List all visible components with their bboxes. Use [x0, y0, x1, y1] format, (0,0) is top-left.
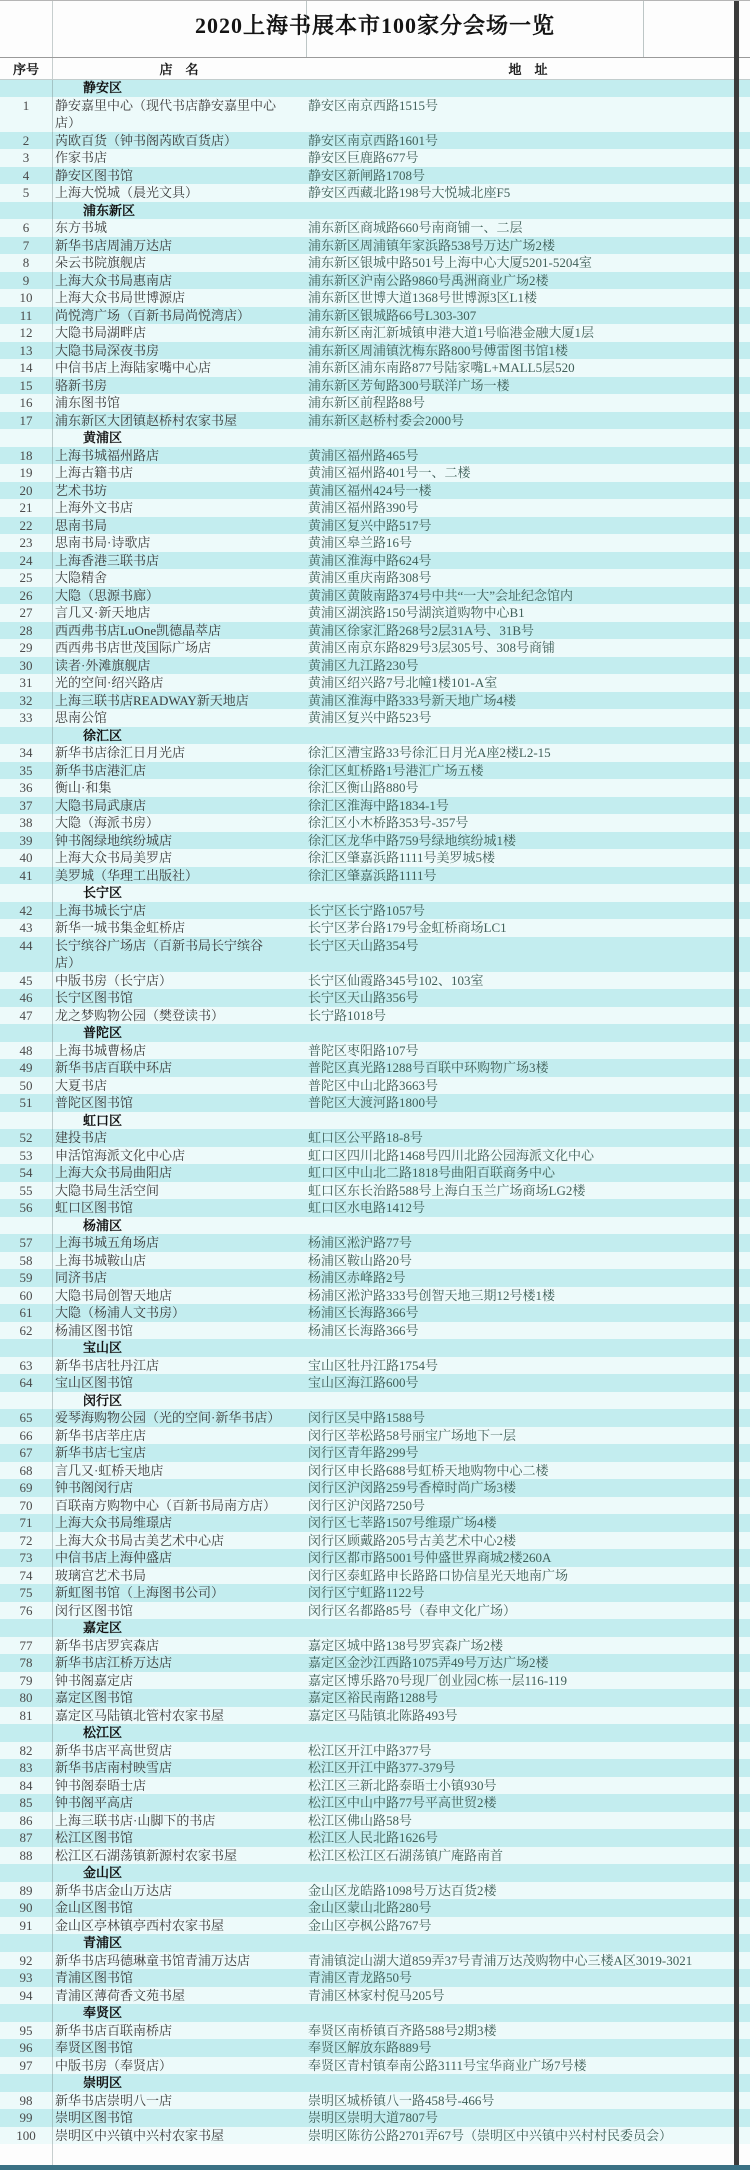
store-name: 上海三联书店READWAY新天地店: [52, 692, 277, 710]
store-name: 大隐书局湖畔店: [52, 324, 277, 342]
row-number: 35: [0, 762, 52, 780]
table-row: 25 大隐精舍 黄浦区重庆南路308号: [0, 569, 750, 587]
store-name: 新华书店玛德琳童书馆青浦万达店: [52, 1952, 277, 1970]
row-number: 27: [0, 604, 52, 622]
table-row: 81 嘉定区马陆镇北管村农家书屋 嘉定区马陆镇北陈路493号: [0, 1707, 750, 1725]
row-number: 87: [0, 1829, 52, 1847]
store-name: 长宁缤谷广场店（百新书局长宁缤谷店）: [52, 937, 277, 972]
store-address: 崇明区城桥镇八一路458号-466号: [306, 2092, 750, 2110]
row-number: 24: [0, 552, 52, 570]
store-name: 玻璃宫艺术书局: [52, 1567, 277, 1585]
table-row: 61 大隐（杨浦人文书房） 杨浦区长海路366号: [0, 1304, 750, 1322]
table-row: 87 松江区图书馆 松江区人民北路1626号: [0, 1829, 750, 1847]
store-address: 浦东新区前程路88号: [306, 394, 750, 412]
store-address: 奉贤区南桥镇百齐路588号2期3楼: [306, 2022, 750, 2040]
table-row: 66 新华书店莘庄店 闵行区莘松路58号丽宝广场地下一层: [0, 1427, 750, 1445]
table-row: 13 大隐书局深夜书房 浦东新区周浦镇沈梅东路800号傅雷图书馆1楼: [0, 342, 750, 360]
table-row: 17 浦东新区大团镇赵桥村农家书屋 浦东新区赵桥村委会2000号: [0, 412, 750, 430]
right-border-bar: [734, 1, 739, 2170]
table-row: 55 大隐书局生活空间 虹口区东长治路588号上海白玉兰广场商场LG2楼: [0, 1182, 750, 1200]
store-name: 申活馆海派文化中心店: [52, 1147, 277, 1165]
row-number: 96: [0, 2039, 52, 2057]
table-row: 83 新华书店南村映雪店 松江区开江中路377-379号: [0, 1759, 750, 1777]
store-name: 新华书店金山万达店: [52, 1882, 277, 1900]
row-number: 40: [0, 849, 52, 867]
store-name: 上海书城五角场店: [52, 1234, 277, 1252]
table-row: 93 青浦区图书馆 青浦区青龙路50号: [0, 1969, 750, 1987]
row-number: 68: [0, 1462, 52, 1480]
table-body: 静安区 1 静安嘉里中心（现代书店静安嘉里中心店） 静安区南京西路1515号 2…: [0, 79, 750, 2144]
store-address: 浦东新区赵桥村委会2000号: [306, 412, 750, 430]
district-section-row: 普陀区: [0, 1024, 750, 1042]
store-address: 黄浦区福州路401号一、二楼: [306, 464, 750, 482]
store-address: 黄浦区皋兰路16号: [306, 534, 750, 552]
store-name: 新华书店罗宾森店: [52, 1637, 277, 1655]
row-number: 74: [0, 1567, 52, 1585]
district-section-row: 青浦区: [0, 1934, 750, 1952]
store-address: 金山区龙皓路1098号万达百货2楼: [306, 1882, 750, 1900]
title-separator: [0, 57, 750, 58]
store-address: 闵行区宁虹路1122号: [306, 1584, 750, 1602]
row-number: 19: [0, 464, 52, 482]
store-address: 黄浦区徐家汇路268号2层31A号、31B号: [306, 622, 750, 640]
table-row: 30 读者·外滩旗舰店 黄浦区九江路230号: [0, 657, 750, 675]
store-address: 黄浦区复兴中路517号: [306, 517, 750, 535]
store-name: 新华书店南村映雪店: [52, 1759, 277, 1777]
row-number: 32: [0, 692, 52, 710]
row-number: 66: [0, 1427, 52, 1445]
store-address: 黄浦区福州424号一楼: [306, 482, 750, 500]
store-address: 黄浦区福州路390号: [306, 499, 750, 517]
store-address: 徐汇区虹桥路1号港汇广场五楼: [306, 762, 750, 780]
store-address: 静安区巨鹿路677号: [306, 149, 750, 167]
row-number: 93: [0, 1969, 52, 1987]
store-address: 虹口区中山北二路1818号曲阳百联商务中心: [306, 1164, 750, 1182]
table-row: 91 金山区亭林镇亭西村农家书屋 金山区亭枫公路767号: [0, 1917, 750, 1935]
table-row: 78 新华书店江桥万达店 嘉定区金沙江西路1075弄49号万达广场2楼: [0, 1654, 750, 1672]
table-row: 7 新华书店周浦万达店 浦东新区周浦镇年家浜路538号万达广场2楼: [0, 237, 750, 255]
header-name: 店 名: [52, 59, 306, 78]
district-section-row: 宝山区: [0, 1339, 750, 1357]
page-title: 2020上海书展本市100家分会场一览: [0, 11, 750, 41]
row-number: 45: [0, 972, 52, 990]
row-number: 53: [0, 1147, 52, 1165]
table-row: 52 建投书店 虹口区公平路18-8号: [0, 1129, 750, 1147]
store-name: 艺术书坊: [52, 482, 277, 500]
row-number: 52: [0, 1129, 52, 1147]
row-number: 15: [0, 377, 52, 395]
table-row: 63 新华书店牡丹江店 宝山区牡丹江路1754号: [0, 1357, 750, 1375]
row-number: 75: [0, 1584, 52, 1602]
district-header: 青浦区: [81, 1934, 750, 1952]
store-address: 浦东新区周浦镇沈梅东路800号傅雷图书馆1楼: [306, 342, 750, 360]
store-name: 新华书店百联南桥店: [52, 2022, 277, 2040]
store-name: 光的空间·绍兴路店: [52, 674, 277, 692]
row-number: 77: [0, 1637, 52, 1655]
row-number: 89: [0, 1882, 52, 1900]
district-section-row: 崇明区: [0, 2074, 750, 2092]
table-row: 56 虹口区图书馆 虹口区水电路1412号: [0, 1199, 750, 1217]
row-number: 85: [0, 1794, 52, 1812]
store-address: 黄浦区湖滨路150号湖滨道购物中心B1: [306, 604, 750, 622]
row-number: 61: [0, 1304, 52, 1322]
store-name: 静安嘉里中心（现代书店静安嘉里中心店）: [52, 97, 277, 132]
store-address: 浦东新区周浦镇年家浜路538号万达广场2楼: [306, 237, 750, 255]
district-section-row: 闵行区: [0, 1392, 750, 1410]
table-row: 88 松江区石湖荡镇新源村农家书屋 松江区松江区石湖荡镇广庵路南首: [0, 1847, 750, 1865]
store-name: 美罗城（华理工出版社）: [52, 867, 277, 885]
store-name: 言几又·虹桥天地店: [52, 1462, 277, 1480]
table-row: 21 上海外文书店 黄浦区福州路390号: [0, 499, 750, 517]
row-number: 72: [0, 1532, 52, 1550]
store-name: 上海大众书局古美艺术中心店: [52, 1532, 277, 1550]
row-number: 50: [0, 1077, 52, 1095]
table-row: 51 普陀区图书馆 普陀区大渡河路1800号: [0, 1094, 750, 1112]
store-address: 普陀区真光路1288号百联中环购物广场3楼: [306, 1059, 750, 1077]
row-number: 39: [0, 832, 52, 850]
store-address: 崇明区崇明大道7807号: [306, 2109, 750, 2127]
title-row: 2020上海书展本市100家分会场一览: [0, 1, 750, 57]
store-name: 崇明区图书馆: [52, 2109, 277, 2127]
store-name: 大隐（思源书廊）: [52, 587, 277, 605]
store-name: 浦东图书馆: [52, 394, 277, 412]
district-section-row: 黄浦区: [0, 429, 750, 447]
row-number: 37: [0, 797, 52, 815]
store-address: 宝山区海江路600号: [306, 1374, 750, 1392]
table-row: 50 大夏书店 普陀区中山北路3663号: [0, 1077, 750, 1095]
store-address: 静安区南京西路1601号: [306, 132, 750, 150]
table-row: 46 长宁区图书馆 长宁区天山路356号: [0, 989, 750, 1007]
store-address: 徐汇区淮海中路1834-1号: [306, 797, 750, 815]
table-header-row: 序号 店 名 地 址: [0, 57, 750, 79]
district-header: 黄浦区: [81, 429, 750, 447]
store-name: 西西弗书店LuOne凯德晶萃店: [52, 622, 277, 640]
store-name: 新华书店周浦万达店: [52, 237, 277, 255]
table-row: 19 上海古籍书店 黄浦区福州路401号一、二楼: [0, 464, 750, 482]
row-number: 46: [0, 989, 52, 1007]
table-row: 22 思南书局 黄浦区复兴中路517号: [0, 517, 750, 535]
district-header: 静安区: [81, 79, 750, 97]
table-row: 35 新华书店港汇店 徐汇区虹桥路1号港汇广场五楼: [0, 762, 750, 780]
store-name: 上海古籍书店: [52, 464, 277, 482]
store-name: 东方书城: [52, 219, 277, 237]
store-name: 中信书店上海仲盛店: [52, 1549, 277, 1567]
row-number: 88: [0, 1847, 52, 1865]
store-name: 大隐（海派书房）: [52, 814, 277, 832]
store-name: 新华书店七宝店: [52, 1444, 277, 1462]
store-name: 大隐精舍: [52, 569, 277, 587]
table-row: 95 新华书店百联南桥店 奉贤区南桥镇百齐路588号2期3楼: [0, 2022, 750, 2040]
store-name: 大隐书局武康店: [52, 797, 277, 815]
row-number: 26: [0, 587, 52, 605]
store-address: 普陀区大渡河路1800号: [306, 1094, 750, 1112]
table-row: 3 作家书店 静安区巨鹿路677号: [0, 149, 750, 167]
row-number: 16: [0, 394, 52, 412]
row-number: 42: [0, 902, 52, 920]
store-address: 长宁区仙霞路345号102、103室: [306, 972, 750, 990]
table-row: 11 尚悦湾广场（百新书局尚悦湾店） 浦东新区银城路66号L303-307: [0, 307, 750, 325]
store-address: 闵行区沪闵路259号香樟时尚广场3楼: [306, 1479, 750, 1497]
table-row: 31 光的空间·绍兴路店 黄浦区绍兴路7号北幢1楼101-A室: [0, 674, 750, 692]
table-row: 53 申活馆海派文化中心店 虹口区四川北路1468号四川北路公园海派文化中心: [0, 1147, 750, 1165]
district-section-row: 金山区: [0, 1864, 750, 1882]
row-number: 36: [0, 779, 52, 797]
store-name: 新华书店江桥万达店: [52, 1654, 277, 1672]
store-address: 松江区佛山路58号: [306, 1812, 750, 1830]
row-number: 99: [0, 2109, 52, 2127]
store-address: 松江区开江中路377-379号: [306, 1759, 750, 1777]
table-row: 60 大隐书局创智天地店 杨浦区淞沪路333号创智天地三期12号楼1楼: [0, 1287, 750, 1305]
row-number: 73: [0, 1549, 52, 1567]
store-address: 徐汇区衡山路880号: [306, 779, 750, 797]
row-number: 94: [0, 1987, 52, 2005]
store-name: 读者·外滩旗舰店: [52, 657, 277, 675]
store-address: 嘉定区博乐路70号现厂创业园C栋一层116-119: [306, 1672, 750, 1690]
table-row: 48 上海书城曹杨店 普陀区枣阳路107号: [0, 1042, 750, 1060]
district-header: 闵行区: [81, 1392, 750, 1410]
table-row: 76 闵行区图书馆 闵行区名都路85号（春申文化广场）: [0, 1602, 750, 1620]
store-name: 松江区图书馆: [52, 1829, 277, 1847]
store-name: 大隐书局创智天地店: [52, 1287, 277, 1305]
store-address: 黄浦区九江路230号: [306, 657, 750, 675]
table-row: 23 思南书局·诗歌店 黄浦区皋兰路16号: [0, 534, 750, 552]
table-row: 85 钟书阁平高店 松江区中山中路77号平高世贸2楼: [0, 1794, 750, 1812]
table-row: 54 上海大众书局曲阳店 虹口区中山北二路1818号曲阳百联商务中心: [0, 1164, 750, 1182]
store-name: 嘉定区图书馆: [52, 1689, 277, 1707]
store-address: 长宁区天山路356号: [306, 989, 750, 1007]
store-name: 钟书阁嘉定店: [52, 1672, 277, 1690]
store-address: 浦东新区银城中路501号上海中心大厦5201-5204室: [306, 254, 750, 272]
district-header: 浦东新区: [81, 202, 750, 220]
store-name: 大隐书局生活空间: [52, 1182, 277, 1200]
table-row: 15 骆新书房 浦东新区芳甸路300号联洋广场一楼: [0, 377, 750, 395]
district-section-row: 长宁区: [0, 884, 750, 902]
row-number: 71: [0, 1514, 52, 1532]
row-number: 86: [0, 1812, 52, 1830]
store-address: 闵行区都市路5001号仲盛世界商城2楼260A: [306, 1549, 750, 1567]
row-number: 70: [0, 1497, 52, 1515]
store-address: 浦东新区沪南公路9860号禹洲商业广场2楼: [306, 272, 750, 290]
row-number: 90: [0, 1899, 52, 1917]
table-row: 79 钟书阁嘉定店 嘉定区博乐路70号现厂创业园C栋一层116-119: [0, 1672, 750, 1690]
row-number: 98: [0, 2092, 52, 2110]
table-row: 97 中版书房（奉贤店） 奉贤区青村镇奉南公路3111号宝华商业广场7号楼: [0, 2057, 750, 2075]
district-header: 崇明区: [81, 2074, 750, 2092]
store-name: 闵行区图书馆: [52, 1602, 277, 1620]
store-address: 金山区蒙山北路280号: [306, 1899, 750, 1917]
store-address: 松江区三新北路泰晤士小镇930号: [306, 1777, 750, 1795]
table-row: 8 朵云书院旗舰店 浦东新区银城中路501号上海中心大厦5201-5204室: [0, 254, 750, 272]
table-row: 5 上海大悦城（晨光文具） 静安区西藏北路198号大悦城北座F5: [0, 184, 750, 202]
row-number: 21: [0, 499, 52, 517]
store-address: 浦东新区南汇新城镇申港大道1号临港金融大厦1层: [306, 324, 750, 342]
store-address: 嘉定区裕民南路1288号: [306, 1689, 750, 1707]
store-name: 金山区亭林镇亭西村农家书屋: [52, 1917, 277, 1935]
table-row: 49 新华书店百联中环店 普陀区真光路1288号百联中环购物广场3楼: [0, 1059, 750, 1077]
store-address: 闵行区泰虹路申长路路口协信星光天地南广场: [306, 1567, 750, 1585]
district-header: 长宁区: [81, 884, 750, 902]
row-number: 78: [0, 1654, 52, 1672]
store-address: 杨浦区长海路366号: [306, 1304, 750, 1322]
district-header: 金山区: [81, 1864, 750, 1882]
store-address: 浦东新区世博大道1368号世博源3区L1楼: [306, 289, 750, 307]
store-name: 爱琴海购物公园（光的空间·新华书店）: [52, 1409, 277, 1427]
store-address: 长宁区天山路354号: [306, 937, 750, 972]
store-name: 浦东新区大团镇赵桥村农家书屋: [52, 412, 277, 430]
table-row: 16 浦东图书馆 浦东新区前程路88号: [0, 394, 750, 412]
district-header: 嘉定区: [81, 1619, 750, 1637]
store-name: 思南书局: [52, 517, 277, 535]
store-name: 新华书店百联中环店: [52, 1059, 277, 1077]
store-name: 上海书城鞍山店: [52, 1252, 277, 1270]
store-address: 普陀区枣阳路107号: [306, 1042, 750, 1060]
row-number: 8: [0, 254, 52, 272]
row-number: 97: [0, 2057, 52, 2075]
row-number: 80: [0, 1689, 52, 1707]
table-row: 67 新华书店七宝店 闵行区青年路299号: [0, 1444, 750, 1462]
store-address: 杨浦区赤峰路2号: [306, 1269, 750, 1287]
store-name: 上海书城曹杨店: [52, 1042, 277, 1060]
store-address: 黄浦区淮海中路624号: [306, 552, 750, 570]
row-number: 56: [0, 1199, 52, 1217]
store-name: 新华书店莘庄店: [52, 1427, 277, 1445]
district-section-row: 静安区: [0, 79, 750, 97]
table-row: 86 上海三联书店·山脚下的书店 松江区佛山路58号: [0, 1812, 750, 1830]
row-number: 58: [0, 1252, 52, 1270]
store-name: 新华书店徐汇日月光店: [52, 744, 277, 762]
table-row: 80 嘉定区图书馆 嘉定区裕民南路1288号: [0, 1689, 750, 1707]
table-row: 74 玻璃宫艺术书局 闵行区泰虹路申长路路口协信星光天地南广场: [0, 1567, 750, 1585]
store-name: 大隐书局深夜书房: [52, 342, 277, 360]
row-number: 65: [0, 1409, 52, 1427]
table-row: 6 东方书城 浦东新区商城路660号南商铺一、二层: [0, 219, 750, 237]
table-row: 72 上海大众书局古美艺术中心店 闵行区顾戴路205号古美艺术中心2楼: [0, 1532, 750, 1550]
store-address: 虹口区四川北路1468号四川北路公园海派文化中心: [306, 1147, 750, 1165]
store-name: 作家书店: [52, 149, 277, 167]
store-name: 芮欧百货（钟书阁芮欧百货店）: [52, 132, 277, 150]
store-address: 闵行区青年路299号: [306, 1444, 750, 1462]
store-address: 浦东新区银城路66号L303-307: [306, 307, 750, 325]
table-row: 36 衡山·和集 徐汇区衡山路880号: [0, 779, 750, 797]
row-number: 25: [0, 569, 52, 587]
store-address: 黄浦区南京东路829号3层305号、308号商铺: [306, 639, 750, 657]
row-number: 3: [0, 149, 52, 167]
store-address: 嘉定区城中路138号罗宾森广场2楼: [306, 1637, 750, 1655]
row-number: 44: [0, 937, 52, 972]
store-address: 徐汇区肇嘉浜路1111号: [306, 867, 750, 885]
row-number: 22: [0, 517, 52, 535]
row-number: 20: [0, 482, 52, 500]
table-row: 84 钟书阁泰晤士店 松江区三新北路泰晤士小镇930号: [0, 1777, 750, 1795]
store-address: 徐汇区龙华中路759号绿地缤纷城1楼: [306, 832, 750, 850]
row-number: 51: [0, 1094, 52, 1112]
table-row: 92 新华书店玛德琳童书馆青浦万达店 青浦镇淀山湖大道859弄37号青浦万达茂购…: [0, 1952, 750, 1970]
store-address: 松江区人民北路1626号: [306, 1829, 750, 1847]
store-name: 新华书店平高世贸店: [52, 1742, 277, 1760]
row-number: 79: [0, 1672, 52, 1690]
store-address: 杨浦区淞沪路333号创智天地三期12号楼1楼: [306, 1287, 750, 1305]
table-row: 77 新华书店罗宾森店 嘉定区城中路138号罗宾森广场2楼: [0, 1637, 750, 1655]
table-row: 42 上海书城长宁店 长宁区长宁路1057号: [0, 902, 750, 920]
table-row: 90 金山区图书馆 金山区蒙山北路280号: [0, 1899, 750, 1917]
row-number: 6: [0, 219, 52, 237]
column-divider-no: [52, 1, 53, 2165]
store-address: 杨浦区鞍山路20号: [306, 1252, 750, 1270]
row-number: 59: [0, 1269, 52, 1287]
store-name: 新华书店港汇店: [52, 762, 277, 780]
table-row: 68 言几又·虹桥天地店 闵行区申长路688号虹桥天地购物中心二楼: [0, 1462, 750, 1480]
table-row: 1 静安嘉里中心（现代书店静安嘉里中心店） 静安区南京西路1515号: [0, 97, 750, 132]
table-row: 73 中信书店上海仲盛店 闵行区都市路5001号仲盛世界商城2楼260A: [0, 1549, 750, 1567]
row-number: 14: [0, 359, 52, 377]
table-row: 96 奉贤区图书馆 奉贤区解放东路889号: [0, 2039, 750, 2057]
store-address: 静安区新闸路1708号: [306, 167, 750, 185]
store-name: 上海书城长宁店: [52, 902, 277, 920]
store-address: 虹口区公平路18-8号: [306, 1129, 750, 1147]
header-addr: 地 址: [306, 59, 750, 78]
table-row: 38 大隐（海派书房） 徐汇区小木桥路353号-357号: [0, 814, 750, 832]
row-number: 41: [0, 867, 52, 885]
district-header: 松江区: [81, 1724, 750, 1742]
table-row: 9 上海大众书局惠南店 浦东新区沪南公路9860号禹洲商业广场2楼: [0, 272, 750, 290]
row-number: 1: [0, 97, 52, 132]
district-header: 杨浦区: [81, 1217, 750, 1235]
document-page: 2020上海书展本市100家分会场一览 序号 店 名 地 址 静安区 1 静安嘉…: [0, 0, 750, 2170]
store-address: 静安区西藏北路198号大悦城北座F5: [306, 184, 750, 202]
table-row: 89 新华书店金山万达店 金山区龙皓路1098号万达百货2楼: [0, 1882, 750, 1900]
store-address: 长宁区茅台路179号金虹桥商场LC1: [306, 919, 750, 937]
store-address: 嘉定区马陆镇北陈路493号: [306, 1707, 750, 1725]
store-name: 上海大众书局惠南店: [52, 272, 277, 290]
row-number: 91: [0, 1917, 52, 1935]
row-number: 31: [0, 674, 52, 692]
district-section-row: 徐汇区: [0, 727, 750, 745]
table-row: 32 上海三联书店READWAY新天地店 黄浦区淮海中路333号新天地广场4楼: [0, 692, 750, 710]
store-name: 上海外文书店: [52, 499, 277, 517]
store-name: 大隐（杨浦人文书房）: [52, 1304, 277, 1322]
store-address: 黄浦区福州路465号: [306, 447, 750, 465]
store-address: 普陀区中山北路3663号: [306, 1077, 750, 1095]
store-address: 闵行区七莘路1507号维璟广场4楼: [306, 1514, 750, 1532]
row-number: 4: [0, 167, 52, 185]
table-row: 43 新华一城书集金虹桥店 长宁区茅台路179号金虹桥商场LC1: [0, 919, 750, 937]
table-row: 41 美罗城（华理工出版社） 徐汇区肇嘉浜路1111号: [0, 867, 750, 885]
row-number: 29: [0, 639, 52, 657]
table-row: 29 西西弗书店世茂国际广场店 黄浦区南京东路829号3层305号、308号商铺: [0, 639, 750, 657]
store-name: 大夏书店: [52, 1077, 277, 1095]
store-address: 虹口区东长治路588号上海白玉兰广场商场LG2楼: [306, 1182, 750, 1200]
table-row: 99 崇明区图书馆 崇明区崇明大道7807号: [0, 2109, 750, 2127]
district-section-row: 松江区: [0, 1724, 750, 1742]
bottom-border-bar: [0, 2165, 750, 2170]
store-name: 钟书阁泰晤士店: [52, 1777, 277, 1795]
store-address: 黄浦区复兴中路523号: [306, 709, 750, 727]
store-name: 杨浦区图书馆: [52, 1322, 277, 1340]
store-address: 奉贤区解放东路889号: [306, 2039, 750, 2057]
store-name: 思南公馆: [52, 709, 277, 727]
district-header: 宝山区: [81, 1339, 750, 1357]
table-row: 65 爱琴海购物公园（光的空间·新华书店） 闵行区吴中路1588号: [0, 1409, 750, 1427]
store-address: 闵行区名都路85号（春申文化广场）: [306, 1602, 750, 1620]
table-row: 26 大隐（思源书廊） 黄浦区黄陂南路374号中共“一大”会址纪念馆内: [0, 587, 750, 605]
row-number: 34: [0, 744, 52, 762]
table-row: 28 西西弗书店LuOne凯德晶萃店 黄浦区徐家汇路268号2层31A号、31B…: [0, 622, 750, 640]
table-row: 47 龙之梦购物公园（樊登读书） 长宁路1018号: [0, 1007, 750, 1025]
table-row: 34 新华书店徐汇日月光店 徐汇区漕宝路33号徐汇日月光A座2楼L2-15: [0, 744, 750, 762]
table-row: 64 宝山区图书馆 宝山区海江路600号: [0, 1374, 750, 1392]
store-name: 中版书房（长宁店）: [52, 972, 277, 990]
row-number: 43: [0, 919, 52, 937]
